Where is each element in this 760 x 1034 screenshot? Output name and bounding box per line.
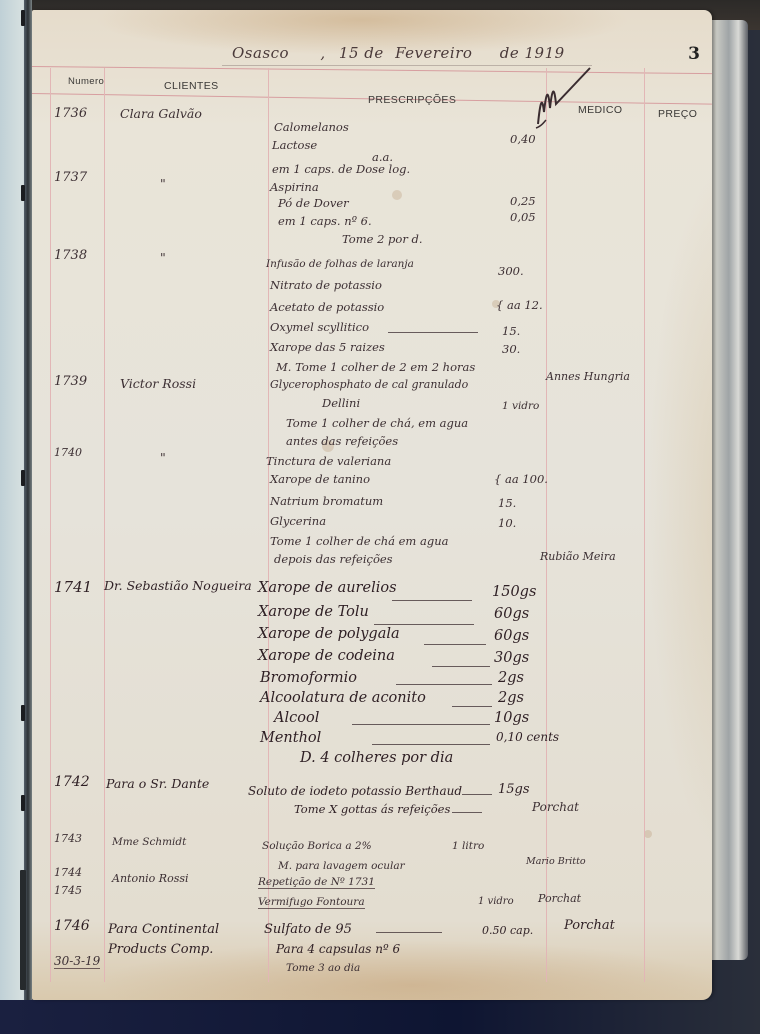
rx-price: 1 vidro	[478, 896, 514, 907]
fill-line	[452, 706, 492, 707]
entry-client: Mme Schmidt	[112, 836, 186, 848]
rx-price: 0,25	[510, 194, 536, 208]
rx-price: 1 litro	[452, 840, 484, 852]
rx-line: Dellini	[322, 396, 360, 410]
fill-line	[452, 812, 482, 813]
entry-number: 1736	[54, 106, 87, 121]
rx-line: Tome 1 colher de chá, em agua	[286, 416, 468, 430]
column-header-numero: Numero	[68, 76, 104, 87]
column-rule	[50, 68, 51, 982]
fill-line	[396, 684, 492, 685]
rx-line: Alcoolatura de aconito	[260, 690, 426, 706]
rx-line: Soluto de iodeto potassio Berthaud	[248, 784, 462, 798]
entry-medico: Porchat	[564, 918, 615, 933]
entry-number: 1740	[54, 446, 82, 459]
fill-line	[432, 666, 490, 667]
binding-stitch	[20, 870, 26, 990]
binding-stitch	[21, 705, 25, 721]
fill-line	[352, 724, 490, 725]
rx-line: Lactose	[272, 138, 317, 152]
date-year: 1919	[524, 44, 564, 62]
rx-price: 30gs	[494, 650, 529, 666]
fill-line	[388, 332, 478, 333]
entry-number: 1744	[54, 866, 82, 879]
rx-price: 30.	[502, 342, 520, 356]
entry-medico: Rubião Meira	[540, 550, 616, 563]
rx-price: 10.	[498, 516, 516, 530]
entry-client: Antonio Rossi	[112, 872, 189, 885]
binding-stitch	[21, 795, 25, 811]
rx-line: Xarope de aurelios	[258, 580, 397, 596]
rx-line: Xarope de codeina	[258, 648, 395, 664]
rx-line: em 1 caps. de Dose log.	[272, 162, 410, 176]
entry-number: 1739	[54, 374, 87, 389]
rx-line: antes das refeições	[286, 434, 398, 448]
entry-number: 1742	[54, 774, 90, 790]
rx-line: M. para lavagem ocular	[278, 860, 405, 872]
ledger-page: 3 Osasco , 15 de Fevereiro de 1919 Numer…	[32, 10, 712, 1000]
entry-number: 1745	[54, 884, 82, 897]
fill-line	[462, 794, 492, 795]
rx-price: 10gs	[494, 710, 529, 726]
entry-medico: Mario Britto	[526, 856, 586, 867]
entry-client: "	[160, 450, 166, 465]
entry-client: "	[160, 176, 166, 191]
rx-line: Aspirina	[270, 180, 319, 194]
column-rule	[104, 68, 105, 982]
rx-line: Repetição de Nº 1731	[258, 876, 375, 889]
column-header-preco: PREÇO	[658, 108, 697, 120]
entry-medico: Annes Hungria	[546, 370, 630, 383]
rx-line: Glycerophosphato de cal granulado	[270, 378, 468, 391]
foxing-stain	[644, 830, 652, 838]
dateline: Osasco , 15 de Fevereiro de 1919	[232, 44, 565, 62]
rx-line: Xarope de tanino	[270, 472, 370, 486]
rx-line: Xarope de Tolu	[258, 604, 369, 620]
rx-price: 0.50 cap.	[482, 924, 533, 937]
rx-line: Tome 3 ao dia	[286, 962, 360, 974]
rx-line: Tome 2 por d.	[342, 232, 423, 246]
rx-line: Para 4 capsulas nº 6	[276, 942, 400, 956]
rx-price: 60gs	[494, 628, 529, 644]
rx-line: Tinctura de valeriana	[266, 454, 391, 468]
rx-price: 0,10 cents	[496, 730, 559, 744]
rx-line: Natrium bromatum	[270, 494, 383, 508]
fill-line	[392, 600, 472, 601]
date-sep: de	[500, 44, 519, 62]
rx-price: 15gs	[498, 782, 530, 797]
fill-line	[424, 644, 486, 645]
date-day: 15	[339, 44, 359, 62]
column-rule	[546, 68, 547, 982]
fill-line	[372, 744, 490, 745]
binding-stitch	[21, 185, 25, 201]
rx-price: 2gs	[498, 670, 524, 686]
date-month: Fevereiro	[395, 44, 472, 62]
rx-line: Acetato de potassio	[270, 300, 384, 314]
rx-price: 300.	[498, 264, 524, 278]
binding-stitch	[21, 470, 25, 486]
column-header-clientes: CLIENTES	[164, 80, 219, 92]
fill-line	[376, 932, 442, 933]
margin-date-note: 30-3-19	[54, 954, 100, 969]
rx-line: M. Tome 1 colher de 2 em 2 horas	[276, 360, 475, 374]
rx-line: Oxymel scyllitico	[270, 320, 369, 334]
rx-line: Infusão de folhas de laranja	[266, 258, 414, 270]
rx-price: { aa 12.	[496, 298, 543, 312]
rx-price: 15.	[498, 496, 516, 510]
entry-medico: Porchat	[538, 892, 581, 905]
rx-line: Menthol	[260, 730, 321, 746]
rx-line: Xarope de polygala	[258, 626, 400, 642]
rx-line: depois das refeições	[274, 552, 393, 566]
date-place: Osasco	[232, 44, 289, 62]
rx-price: 150gs	[492, 584, 536, 600]
entry-number: 1738	[54, 248, 87, 263]
column-header-prescripcoes: PRESCRIPÇÕES	[368, 94, 456, 106]
rx-price: 60gs	[494, 606, 529, 622]
rx-line: Vermifugo Fontoura	[258, 896, 365, 909]
rx-line: Bromoformio	[260, 670, 357, 686]
date-sep: de	[364, 44, 383, 62]
rx-line: Xarope das 5 raizes	[270, 340, 385, 354]
rx-line: Glycerina	[270, 514, 326, 528]
binding-stitch	[21, 10, 25, 26]
book-binding	[24, 0, 32, 1000]
entry-client: Para o Sr. Dante	[106, 776, 209, 791]
rx-price: 1 vidro	[502, 400, 539, 412]
signature-flourish	[530, 64, 610, 144]
rx-line: Nitrato de potassio	[270, 278, 382, 292]
rx-price: 15.	[502, 324, 520, 338]
fill-line	[374, 624, 474, 625]
foxing-stain	[392, 190, 402, 200]
rx-line: Calomelanos	[274, 120, 349, 134]
entry-number: 1743	[54, 832, 82, 845]
entry-medico: Porchat	[532, 800, 579, 814]
rx-price: 2gs	[498, 690, 524, 706]
entry-number: 1737	[54, 170, 87, 185]
page-number: 3	[688, 44, 700, 64]
rx-price: { aa 100.	[494, 472, 548, 486]
rx-line: Tome 1 colher de chá em agua	[270, 534, 448, 548]
rx-price: 0,05	[510, 210, 536, 224]
rx-line: em 1 caps. nº 6.	[278, 214, 372, 228]
column-rule	[644, 68, 645, 982]
entry-number: 1746	[54, 918, 90, 934]
entry-client: "	[160, 250, 166, 265]
entry-number: 1741	[54, 578, 92, 596]
entry-client: Dr. Sebastião Nogueira	[104, 578, 252, 593]
rx-line: D. 4 colheres por dia	[300, 750, 453, 766]
rx-line: Sulfato de 95	[264, 922, 352, 937]
rx-line: Pó de Dover	[278, 196, 349, 210]
entry-client: Para Continental Products Comp.	[108, 920, 238, 960]
rx-line: Alcool	[274, 710, 319, 726]
rx-price: 0,40	[510, 132, 536, 146]
rx-line: Solução Borica a 2%	[262, 840, 372, 852]
entry-client: Clara Galvão	[120, 106, 202, 121]
rx-line: Tome X gottas ás refeições	[294, 802, 450, 816]
entry-client: Victor Rossi	[120, 376, 196, 391]
